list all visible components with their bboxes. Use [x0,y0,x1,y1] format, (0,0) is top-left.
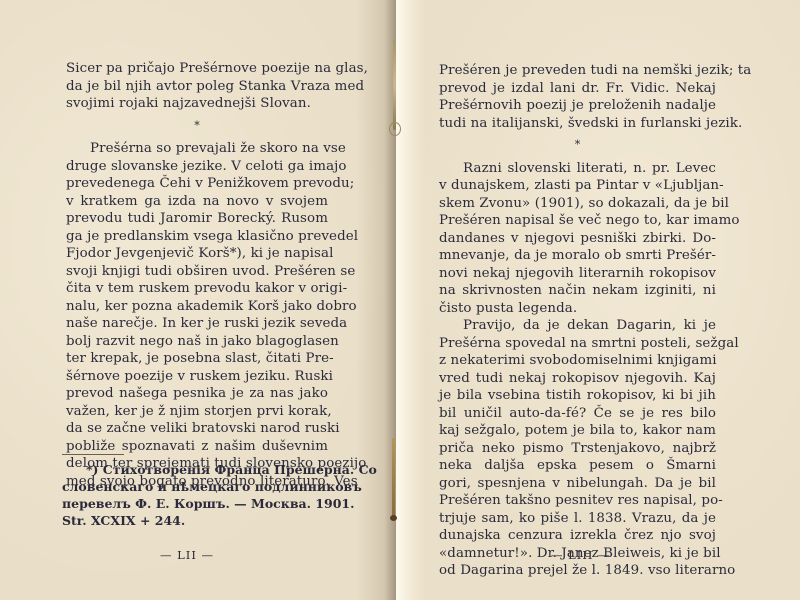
text-line: skem Zvonu» (1901), so dokazali, da je b… [439,195,716,213]
text-line: tudi na italijanski, švedski in furlansk… [439,115,716,133]
text-line: Prešéren napisal še več nego to, kar ima… [439,212,716,230]
text-line: neka daljša epska pesem o Šmarni [439,457,716,475]
binding-thread-loop [389,122,401,136]
footnote-rule [62,454,124,455]
text-line: prevod našega pesnika je za nas jako [66,385,328,403]
text-line: na skrivnosten način nekam izginiti, ni [439,282,716,300]
text-line: Prešéren je preveden tudi na nemški jezi… [439,62,716,80]
text-line: Prešérnovih poezij je preloženih nadalje [439,97,716,115]
paragraph: Razni slovenski literati, n. pr. Levec v… [439,160,716,318]
text-line: je bila vsebina tistih rokopisov, ki bi … [439,387,716,405]
text-line: prevod je izdal lani dr. Fr. Vidic. Neka… [439,80,716,98]
text-line: z nekaterimi svobodomiselnimi knjigami [439,352,716,370]
right-page-body: Prešéren je preveden tudi na nemški jezi… [439,62,716,580]
text-line: priča neko pismo Trstenjakovo, najbrž [439,440,716,458]
footnote-line: Str. XCXIX + 244. [62,512,328,529]
text-line: svoji knjigi tudi obširen uvod. Prešéren… [66,263,328,281]
text-line: da se začne veliki bratovski narod ruski [66,420,328,438]
footnote-line: перевелъ Ф. Е. Коршъ. — Москва. 1901. [62,495,328,512]
page-number-left: — LII — [160,548,214,562]
binding-thread-bottom [392,438,395,518]
text-line: Fjodor Jevgenjevič Korš*), ki je napisal [66,245,328,263]
footnote-line: *) Стихотворенія Франца Прешерна. Со [62,461,328,478]
text-line: v dunajskem, zlasti pa Pintar v «Ljublja… [439,177,716,195]
text-line: v kratkem ga izda na novo v svojem [66,193,328,211]
text-line: bil uničil auto-da-fé? Če se je res bilo [439,405,716,423]
text-line: važen, ker je ž njim storjen prvi korak, [66,403,328,421]
text-line: nalu, ker pozna akademik Korš jako dobro [66,298,328,316]
text-line: Pravijo, da je dekan Dagarin, ki je [439,317,716,335]
paragraph: Sicer pa pričajo Prešérnove poezije na g… [66,60,328,113]
text-line: Prešérna spovedal na smrtni posteli, sež… [439,335,716,353]
gutter-highlight [396,0,426,600]
text-line: pobliže spoznavati z našim duševnim [66,438,328,456]
text-line: prevedenega Čehi v Penižkovem prevodu; [66,175,328,193]
text-line: kaj sežgalo, potem je bila to, kakor nam [439,422,716,440]
paragraph: Pravijo, da je dekan Dagarin, ki je Preš… [439,317,716,580]
text-line: trjuje sam, ko piše l. 1838. Vrazu, da j… [439,510,716,528]
text-line: gori, spesnjena v nibelungah. Da je bil [439,475,716,493]
paragraph: Prešéren je preveden tudi na nemški jezi… [439,62,716,132]
text-line: dunajska cenzura izrekla črez njo svoj [439,527,716,545]
section-separator: * [66,117,328,135]
text-line: čisto pusta legenda. [439,300,716,318]
text-line: vred tudi nekaj rokopisov njegovih. Kaj [439,370,716,388]
section-separator: * [439,136,716,154]
text-line: bolj razvit nego naš in jako blagoglasen [66,333,328,351]
left-page-body: Sicer pa pričajo Prešérnove poezije na g… [66,60,328,490]
text-line: mnevanje, da je moralo ob smrti Prešér- [439,247,716,265]
text-line: čita v tem ruskem prevodu kakor v origi- [66,280,328,298]
binding-thread-knot [390,515,397,521]
footnote-line: словенскаго и нѣмецкаго подлинниковъ [62,478,328,495]
text-line: prevodu tudi Jaromir Borecký. Rusom [66,210,328,228]
text-line: naše narečje. In ker je ruski jezik seve… [66,315,328,333]
text-line: Sicer pa pričajo Prešérnove poezije na g… [66,60,328,78]
paragraph: Prešérna so prevajali že skoro na vse dr… [66,140,328,490]
text-line: da je bil njih avtor poleg Stanka Vraza … [66,78,328,96]
text-line: od Dagarina prejel že l. 1849. vso liter… [439,562,716,580]
text-line: svojimi rojaki najzavednejši Slovan. [66,95,328,113]
text-line: ter krepak, je posebna slast, čitati Pre… [66,350,328,368]
text-line: Razni slovenski literati, n. pr. Levec [439,160,716,178]
text-line: Prešérna so prevajali že skoro na vse [66,140,328,158]
text-line: Prešéren takšno pesnitev res napisal, po… [439,492,716,510]
text-line: šérnove poezije v ruskem jeziku. Ruski [66,368,328,386]
text-line: ga je predlanskim vsega klasično prevede… [66,228,328,246]
text-line: novi nekaj njegovih literarnih rokopisov [439,265,716,283]
binding-thread-top [393,40,396,130]
text-line: dandanes v njegovi pesniški zbirki. Do- [439,230,716,248]
text-line: druge slovanske jezike. V celoti ga imaj… [66,158,328,176]
page-number-right: — LIII — [551,548,611,562]
left-page: Sicer pa pričajo Prešérnove poezije na g… [0,0,396,600]
footnote: *) Стихотворенія Франца Прешерна. Со сло… [62,461,328,529]
